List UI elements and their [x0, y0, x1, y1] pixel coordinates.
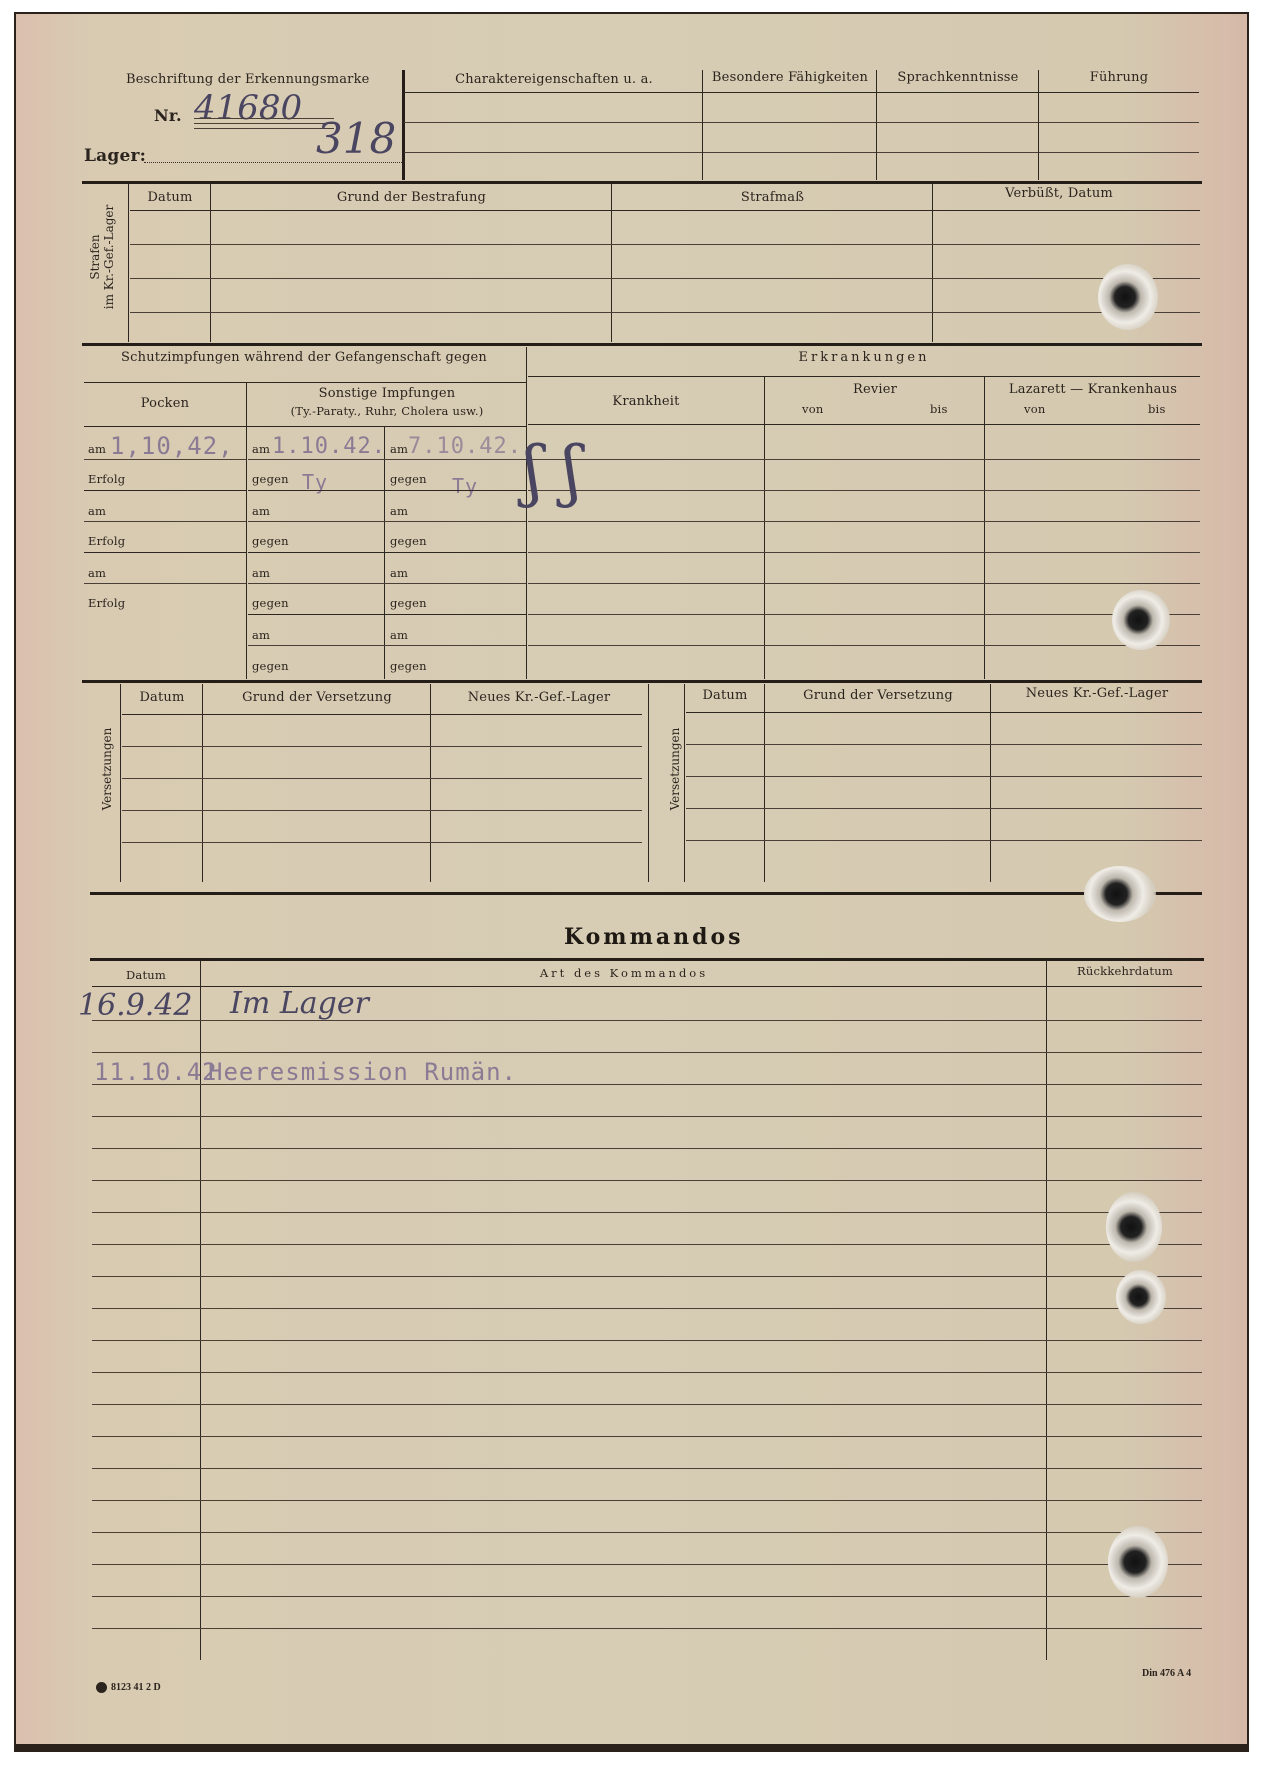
strafen-side-label: Strafen im Kr.-Gef.-Lager [88, 182, 116, 332]
section-divider [90, 892, 1202, 895]
row-line [248, 552, 526, 553]
row-line [528, 490, 1200, 491]
tag-label: Beschriftung der Erkennungsmarke [126, 72, 370, 87]
row-line [92, 1596, 1202, 1597]
col-faehigkeiten: Besondere Fähigkeiten [704, 70, 876, 85]
row-line [92, 1404, 1202, 1405]
row-line [248, 490, 526, 491]
sonstige-am-value: 1.10.42. [272, 434, 386, 459]
vers-col-datum: Datum [122, 690, 202, 705]
divider [404, 152, 1199, 153]
sonstige-am-label: am [252, 442, 270, 456]
row-line [92, 1180, 1202, 1181]
row-line [84, 490, 246, 491]
col-sprachen: Sprachkenntnisse [878, 70, 1038, 85]
row-line [686, 744, 1202, 745]
divider [990, 684, 991, 882]
vers-col-datum: Datum [686, 688, 764, 703]
row-line [92, 1052, 1202, 1053]
row-line [528, 459, 1200, 460]
row-line [92, 1532, 1202, 1533]
sonstige-gegen-label: gegen [390, 534, 427, 548]
row-line [92, 1212, 1202, 1213]
row-line [686, 776, 1202, 777]
impfungen-title: Schutzimpfungen während der Gefangenscha… [84, 350, 524, 365]
divider [932, 184, 933, 342]
pocken-erfolg-label: Erfolg [88, 596, 125, 610]
row-line [130, 244, 1200, 245]
divider [404, 92, 1199, 93]
divider [120, 684, 121, 882]
row-line [92, 1308, 1202, 1309]
divider [122, 714, 642, 715]
strafen-col-grund: Grund der Bestrafung [212, 190, 611, 205]
row-line [686, 840, 1202, 841]
row-line [84, 459, 246, 460]
sonstige-am-label: am [252, 566, 270, 580]
row-line [92, 1628, 1202, 1629]
sonstige-am-label: am [390, 628, 408, 642]
pocken-erfolg-label: Erfolg [88, 472, 125, 486]
strike-line [194, 128, 334, 129]
vers-col-lager: Neues Kr.-Gef.-Lager [432, 690, 646, 705]
print-code: 8123 41 2 D [96, 1682, 161, 1693]
row-line [122, 778, 642, 779]
pocken-am-value: 1,10,42, [110, 432, 234, 460]
pocken-am-label: am [88, 504, 106, 518]
row-line [528, 645, 1200, 646]
row-line [84, 583, 246, 584]
document-page: Beschriftung der Erkennungsmarke Nr. 416… [14, 12, 1249, 1752]
vers-col-lager: Neues Kr.-Gef.-Lager [992, 686, 1202, 701]
vers-col-grund: Grund der Versetzung [204, 690, 430, 705]
divider [128, 184, 129, 342]
row-line [92, 1148, 1202, 1149]
lager-label: Lager: [84, 146, 146, 166]
divider [876, 70, 877, 180]
strike-line [194, 123, 334, 124]
row-line [92, 1564, 1202, 1565]
row-line [130, 278, 1200, 279]
pocken-am-label: am [88, 566, 106, 580]
sonstige-am-label: am [390, 566, 408, 580]
col-sonstige: Sonstige Impfungen [248, 386, 526, 401]
divider [210, 184, 211, 342]
pocken-am-label: am [88, 442, 106, 456]
punch-hole [1112, 590, 1170, 650]
row-line [84, 521, 246, 522]
printer-mark-icon [96, 1682, 107, 1693]
din-label: Din 476 A 4 [1142, 1668, 1191, 1679]
strike-line [194, 118, 334, 119]
sonstige-gegen-label: gegen [390, 659, 427, 673]
divider [528, 424, 1200, 425]
divider [764, 684, 765, 882]
section-divider [90, 958, 1204, 961]
row-line [248, 645, 526, 646]
row-line [528, 583, 1200, 584]
row-line [122, 842, 642, 843]
sonstige-am-label: am [252, 628, 270, 642]
divider [404, 122, 1199, 123]
lager-value: 318 [316, 114, 396, 163]
strafen-col-strafmass: Strafmaß [613, 190, 932, 205]
divider [1046, 960, 1047, 1660]
sonstige-am-label: am [390, 442, 408, 456]
row-line [92, 1276, 1202, 1277]
row-line [248, 459, 526, 460]
sonstige-am-value: 7.10.42. [408, 434, 522, 459]
sonstige-gegen-value: Ty [452, 474, 478, 498]
divider [984, 377, 985, 679]
sonstige-gegen-label: gegen [252, 659, 289, 673]
row-line [528, 614, 1200, 615]
divider [764, 377, 765, 679]
divider [648, 684, 649, 882]
col-pocken: Pocken [84, 396, 246, 411]
divider [84, 426, 526, 427]
erkrankungen-title: Erkrankungen [528, 350, 1200, 365]
divider [528, 376, 1200, 377]
col-sonstige-sub: (Ty.-Paraty., Ruhr, Cholera usw.) [248, 404, 526, 418]
divider [702, 70, 703, 180]
divider [611, 184, 612, 342]
row-line [92, 1084, 1202, 1085]
col-krankheit: Krankheit [528, 394, 764, 409]
pocken-erfolg-label: Erfolg [88, 534, 125, 548]
sonstige-gegen-label: gegen [390, 596, 427, 610]
lazarett-bis: bis [1148, 402, 1166, 416]
col-revier: Revier [766, 382, 984, 397]
kommando-row-3-art: Heeresmission Rumän. [208, 1058, 517, 1086]
col-charakter: Charaktereigenschaften u. a. [406, 72, 702, 87]
punch-hole [1108, 1526, 1168, 1598]
divider [246, 383, 247, 679]
punch-hole [1116, 1270, 1166, 1324]
revier-bis: bis [930, 402, 948, 416]
nr-value: 41680 [194, 88, 302, 128]
row-line [528, 521, 1200, 522]
row-line [84, 552, 246, 553]
kommandos-col-art: Art des Kommandos [202, 966, 1046, 980]
row-line [248, 521, 526, 522]
divider [526, 347, 527, 679]
row-line [92, 1468, 1202, 1469]
row-line [92, 1116, 1202, 1117]
versetzungen-side-label-left: Versetzungen [100, 714, 114, 824]
row-line [248, 614, 526, 615]
punch-hole [1098, 264, 1158, 330]
row-line [528, 552, 1200, 553]
divider [402, 70, 405, 180]
row-line [92, 1436, 1202, 1437]
strafen-col-datum: Datum [130, 190, 210, 205]
row-line [130, 312, 1200, 313]
row-line [122, 810, 642, 811]
versetzungen-side-label-right: Versetzungen [668, 714, 682, 824]
section-divider [82, 680, 1202, 683]
col-lazarett: Lazarett — Krankenhaus [986, 382, 1200, 397]
revier-von: von [802, 402, 823, 416]
page-edge [16, 1744, 1247, 1750]
row-line [122, 746, 642, 747]
section-divider [82, 343, 1202, 346]
row-line [92, 1372, 1202, 1373]
kommando-row-1-datum: 16.9.42 [78, 988, 193, 1023]
section-divider [82, 181, 1202, 184]
kommando-row-1-art: Im Lager [230, 986, 369, 1021]
sonstige-gegen-label: gegen [390, 472, 427, 486]
row-line [92, 1500, 1202, 1501]
kommandos-title: Kommandos [564, 924, 744, 950]
row-line [248, 583, 526, 584]
sonstige-am-label: am [252, 504, 270, 518]
kommandos-col-rueckkehr: Rückkehrdatum [1048, 964, 1202, 978]
vers-col-grund: Grund der Versetzung [766, 688, 990, 703]
krankheit-mark: ʃ ʃ [524, 432, 581, 509]
divider [84, 382, 526, 383]
sonstige-gegen-label: gegen [252, 472, 289, 486]
lazarett-von: von [1024, 402, 1045, 416]
row-line [92, 1340, 1202, 1341]
divider [686, 712, 1202, 713]
punch-hole [1106, 1192, 1162, 1262]
sonstige-gegen-label: gegen [252, 534, 289, 548]
row-line [92, 1244, 1202, 1245]
divider [1038, 70, 1039, 180]
row-line [92, 1020, 1202, 1021]
strafen-col-verbuesst: Verbüßt, Datum [934, 186, 1184, 201]
sonstige-am-label: am [390, 504, 408, 518]
divider [684, 684, 685, 882]
col-fuehrung: Führung [1040, 70, 1198, 85]
divider [384, 427, 385, 679]
sonstige-gegen-label: gegen [252, 596, 289, 610]
nr-label: Nr. [154, 106, 182, 125]
row-line [686, 808, 1202, 809]
punch-hole [1084, 866, 1156, 922]
kommando-row-3-datum: 11.10.42 [94, 1058, 218, 1086]
divider [130, 210, 1200, 211]
kommandos-col-datum: Datum [92, 968, 200, 982]
